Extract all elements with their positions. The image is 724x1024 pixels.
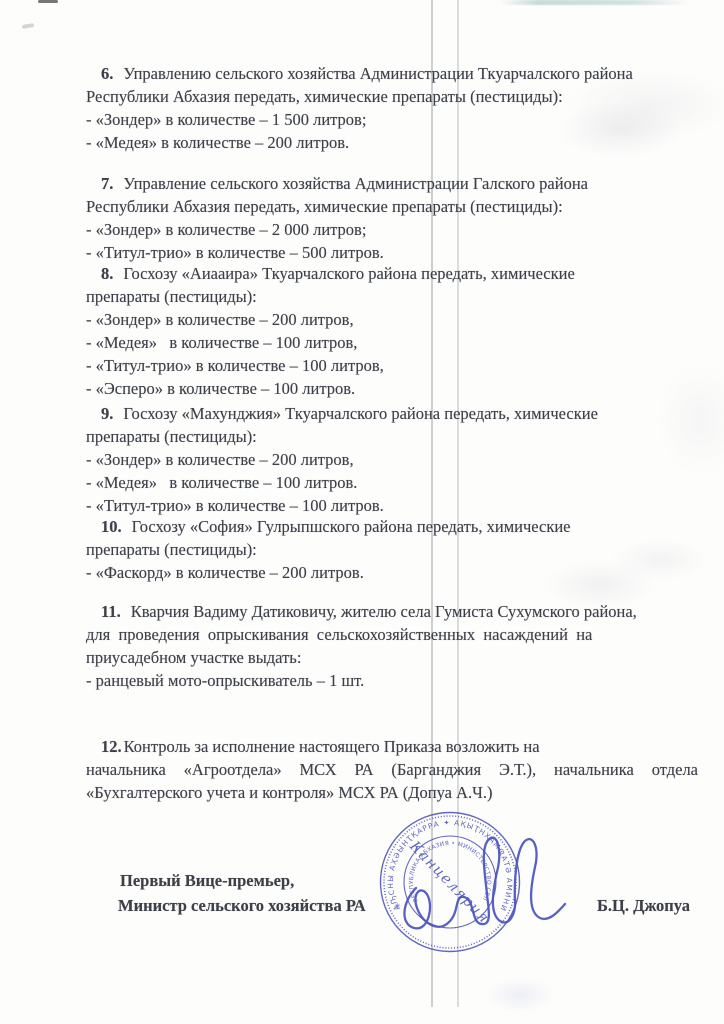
signer-position-line-1: Первый Вице-премьер,	[120, 868, 294, 893]
scan-pencil-mark	[22, 23, 35, 29]
item-text: Управлению сельского хозяйства Администр…	[123, 64, 632, 83]
item-text: Управление сельского хозяйства Администр…	[123, 174, 588, 193]
item-number: 12.	[101, 737, 122, 756]
text-line: препараты (пестициды):	[86, 285, 698, 308]
item-text: Госхозу «София» Гулрыпшского района пере…	[132, 517, 571, 536]
item-number: 11.	[101, 602, 121, 621]
signer-position-line-2: Министр сельского хозяйства РА	[118, 893, 366, 918]
order-item-10: 10.Госхозу «София» Гулрыпшского района п…	[86, 515, 698, 584]
order-item-7: 7.Управление сельского хозяйства Админис…	[86, 172, 698, 264]
order-item-11: 11.Кварчия Вадиму Датиковичу, жителю сел…	[86, 600, 698, 692]
item-number: 6.	[101, 64, 113, 83]
text-line: 11.Кварчия Вадиму Датиковичу, жителю сел…	[86, 600, 698, 623]
text-line: «Бухгалтерского учета и контроля» МСХ РА…	[86, 781, 698, 804]
handwritten-signature	[388, 818, 578, 938]
item-number: 7.	[101, 174, 113, 193]
text-line: - «Медея» в количестве – 100 литров,	[86, 331, 698, 354]
text-line: для проведения опрыскивания сельскохозяй…	[86, 623, 698, 646]
signature-stroke	[404, 838, 565, 929]
text-line: приусадебном участке выдать:	[86, 646, 698, 669]
scan-edge-mark	[38, 0, 58, 3]
text-line: - «Титул-трио» в количестве – 100 литров…	[86, 494, 698, 517]
text-line: 7.Управление сельского хозяйства Админис…	[86, 172, 698, 195]
text-line: - ранцевый мото-опрыскиватель – 1 шт.	[86, 669, 698, 692]
text-line: - «Медея» в количестве – 200 литров.	[86, 131, 698, 154]
item-number: 10.	[101, 517, 122, 536]
signer-name: Б.Ц. Джопуа	[597, 893, 690, 918]
text-line: 8.Госхозу «Аиааира» Ткуарчалского района…	[86, 262, 698, 285]
text-line: 9.Госхозу «Махунджия» Ткуарчалского райо…	[86, 402, 698, 425]
text-line: - «Зондер» в количестве – 2 000 литров;	[86, 218, 698, 241]
text-line: начальника «Агроотдела» МСХ РА (Баргандж…	[86, 758, 698, 781]
item-text: Кварчия Вадиму Датиковичу, жителю села Г…	[131, 602, 637, 621]
text-line: - «Фаскорд» в количестве – 200 литров.	[86, 561, 698, 584]
text-line: - «Зондер» в количестве – 200 литров,	[86, 308, 698, 331]
item-number: 8.	[101, 264, 113, 283]
scan-top-smudge	[500, 0, 690, 5]
text-line: - «Зондер» в количестве – 1 500 литров;	[86, 108, 698, 131]
text-line: 12.Контроль за исполнение настоящего При…	[86, 735, 698, 758]
text-line: - «Титул-трио» в количестве – 500 литров…	[86, 241, 698, 264]
text-line: - «Медея» в количестве – 100 литров.	[86, 471, 698, 494]
item-text: Госхозу «Махунджия» Ткуарчалского района…	[123, 404, 598, 423]
text-line: Республики Абхазия передать, химические …	[86, 195, 698, 218]
item-text: Госхозу «Аиааира» Ткуарчалского района п…	[123, 264, 574, 283]
text-line: препараты (пестициды):	[86, 425, 698, 448]
text-line: - «Зондер» в количестве – 200 литров,	[86, 448, 698, 471]
text-line: препараты (пестициды):	[86, 538, 698, 561]
scanned-order-page: 6.Управлению сельского хозяйства Админис…	[0, 0, 724, 1024]
order-item-9: 9.Госхозу «Махунджия» Ткуарчалского райо…	[86, 402, 698, 517]
text-line: - «Титул-трио» в количестве – 100 литров…	[86, 354, 698, 377]
text-line: - «Эсперо» в количестве – 100 литров.	[86, 377, 698, 400]
order-item-12: 12.Контроль за исполнение настоящего При…	[86, 735, 698, 804]
order-item-8: 8.Госхозу «Аиааира» Ткуарчалского района…	[86, 262, 698, 400]
item-text: Контроль за исполнение настоящего Приказ…	[124, 737, 540, 756]
text-line: 10.Госхозу «София» Гулрыпшского района п…	[86, 515, 698, 538]
text-line: 6.Управлению сельского хозяйства Админис…	[86, 62, 698, 85]
order-item-6: 6.Управлению сельского хозяйства Админис…	[86, 62, 698, 154]
text-line: Республики Абхазия передать, химические …	[86, 85, 698, 108]
item-number: 9.	[101, 404, 113, 423]
